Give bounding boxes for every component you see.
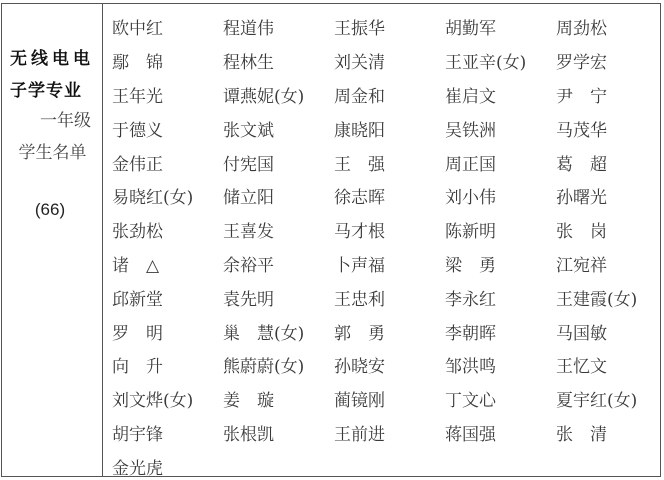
student-name: 程道伟 (223, 14, 334, 39)
student-name: 张 清 (556, 420, 664, 445)
student-name: 谭燕妮(女) (223, 82, 334, 107)
name-row: 胡宇锋张根凯王前进蒋国强张 清 (112, 416, 664, 450)
student-name: 郭 勇 (334, 319, 445, 344)
name-row: 邱新堂袁先明王忠利李永红王建霞(女) (112, 280, 664, 314)
student-name: 周劲松 (556, 14, 664, 39)
student-name: 张根凯 (223, 420, 334, 445)
student-name: 罗学宏 (556, 48, 664, 73)
student-name: 邱新堂 (112, 285, 223, 310)
name-row: 诸 △余裕平卜声福梁 勇江宛祥 (112, 247, 664, 281)
student-name: 尹 宁 (556, 82, 664, 107)
student-name: 王年光 (112, 82, 223, 107)
name-row: 欧中红程道伟王振华胡勤军周劲松 (112, 10, 664, 44)
student-name: 胡勤军 (445, 14, 556, 39)
student-name: 王前进 (334, 420, 445, 445)
student-name: 易晓红(女) (112, 183, 223, 208)
student-name: 金伟正 (112, 150, 223, 175)
student-name: 周金和 (334, 82, 445, 107)
major-title-line2: 子学专业 (10, 76, 102, 101)
student-name: 王亚辛(女) (445, 48, 556, 73)
label-column: 无线电电 子学专业 一年级 学生名单 (66) (2, 4, 103, 476)
student-name: 罗 明 (112, 319, 223, 344)
student-name: 孙曙光 (556, 183, 664, 208)
student-name: 付宪国 (223, 150, 334, 175)
name-row: 张劲松王喜发马才根陈新明张 岗 (112, 213, 664, 247)
student-name: 刘关清 (334, 48, 445, 73)
name-row: 罗 明巢 慧(女)郭 勇李朝晖马国敏 (112, 314, 664, 348)
student-list-table: 无线电电 子学专业 一年级 学生名单 (66) 欧中红程道伟王振华胡勤军周劲松鄢… (1, 3, 661, 477)
student-name: 梁 勇 (445, 251, 556, 276)
name-row: 金光虎 (112, 449, 664, 480)
student-name: 姜 璇 (223, 386, 334, 411)
student-name: 张 岗 (556, 217, 664, 242)
student-name: 崔启文 (445, 82, 556, 107)
list-label: 学生名单 (2, 138, 103, 163)
student-name: 夏宇红(女) (556, 386, 664, 411)
names-grid: 欧中红程道伟王振华胡勤军周劲松鄢 锦程林生刘关清王亚辛(女)罗学宏王年光谭燕妮(… (112, 10, 664, 480)
student-name: 丁文心 (445, 386, 556, 411)
student-name: 孙晓安 (334, 352, 445, 377)
grade-label: 一年级 (2, 106, 103, 131)
student-name: 胡宇锋 (112, 420, 223, 445)
student-name: 王喜发 (223, 217, 334, 242)
name-row: 金伟正付宪国王 强周正国葛 超 (112, 145, 664, 179)
student-name: 陈新明 (445, 217, 556, 242)
student-name: 程林生 (223, 48, 334, 73)
student-name: 欧中红 (112, 14, 223, 39)
student-name: 李朝晖 (445, 319, 556, 344)
student-name: 蔺镜刚 (334, 386, 445, 411)
student-name: 王 强 (334, 150, 445, 175)
student-name: 康晓阳 (334, 116, 445, 141)
student-name: 王振华 (334, 14, 445, 39)
student-name: 金光虎 (112, 454, 223, 479)
name-row: 于德义张文斌康晓阳吴铁洲马茂华 (112, 111, 664, 145)
student-name: 周正国 (445, 150, 556, 175)
student-name: 张劲松 (112, 217, 223, 242)
student-name: 诸 △ (112, 251, 223, 276)
student-name: 巢 慧(女) (223, 319, 334, 344)
student-name: 李永红 (445, 285, 556, 310)
student-name: 张文斌 (223, 116, 334, 141)
student-name: 吴铁洲 (445, 116, 556, 141)
student-name: 熊蔚蔚(女) (223, 352, 334, 377)
student-name: 蒋国强 (445, 420, 556, 445)
name-row: 鄢 锦程林生刘关清王亚辛(女)罗学宏 (112, 44, 664, 78)
student-name: 江宛祥 (556, 251, 664, 276)
student-name: 刘小伟 (445, 183, 556, 208)
student-name: 刘文烨(女) (112, 386, 223, 411)
student-name: 余裕平 (223, 251, 334, 276)
student-name: 马才根 (334, 217, 445, 242)
student-name: 鄢 锦 (112, 48, 223, 73)
student-name: 袁先明 (223, 285, 334, 310)
student-name: 储立阳 (223, 183, 334, 208)
student-name: 王建霞(女) (556, 285, 664, 310)
student-name: 王忠利 (334, 285, 445, 310)
student-name: 卜声福 (334, 251, 445, 276)
student-name: 于德义 (112, 116, 223, 141)
student-name: 徐志晖 (334, 183, 445, 208)
name-row: 易晓红(女)储立阳徐志晖刘小伟孙曙光 (112, 179, 664, 213)
major-title-line1: 无线电电 (10, 44, 102, 69)
student-name: 马国敏 (556, 319, 664, 344)
name-row: 刘文烨(女)姜 璇蔺镜刚丁文心夏宇红(女) (112, 382, 664, 416)
name-row: 向 升熊蔚蔚(女)孙晓安邹洪鸣王忆文 (112, 348, 664, 382)
student-name: 向 升 (112, 352, 223, 377)
name-row: 王年光谭燕妮(女)周金和崔启文尹 宁 (112, 78, 664, 112)
student-name: 葛 超 (556, 150, 664, 175)
student-name: 马茂华 (556, 116, 664, 141)
student-name: 王忆文 (556, 352, 664, 377)
student-count: (66) (2, 200, 98, 220)
student-name: 邹洪鸣 (445, 352, 556, 377)
